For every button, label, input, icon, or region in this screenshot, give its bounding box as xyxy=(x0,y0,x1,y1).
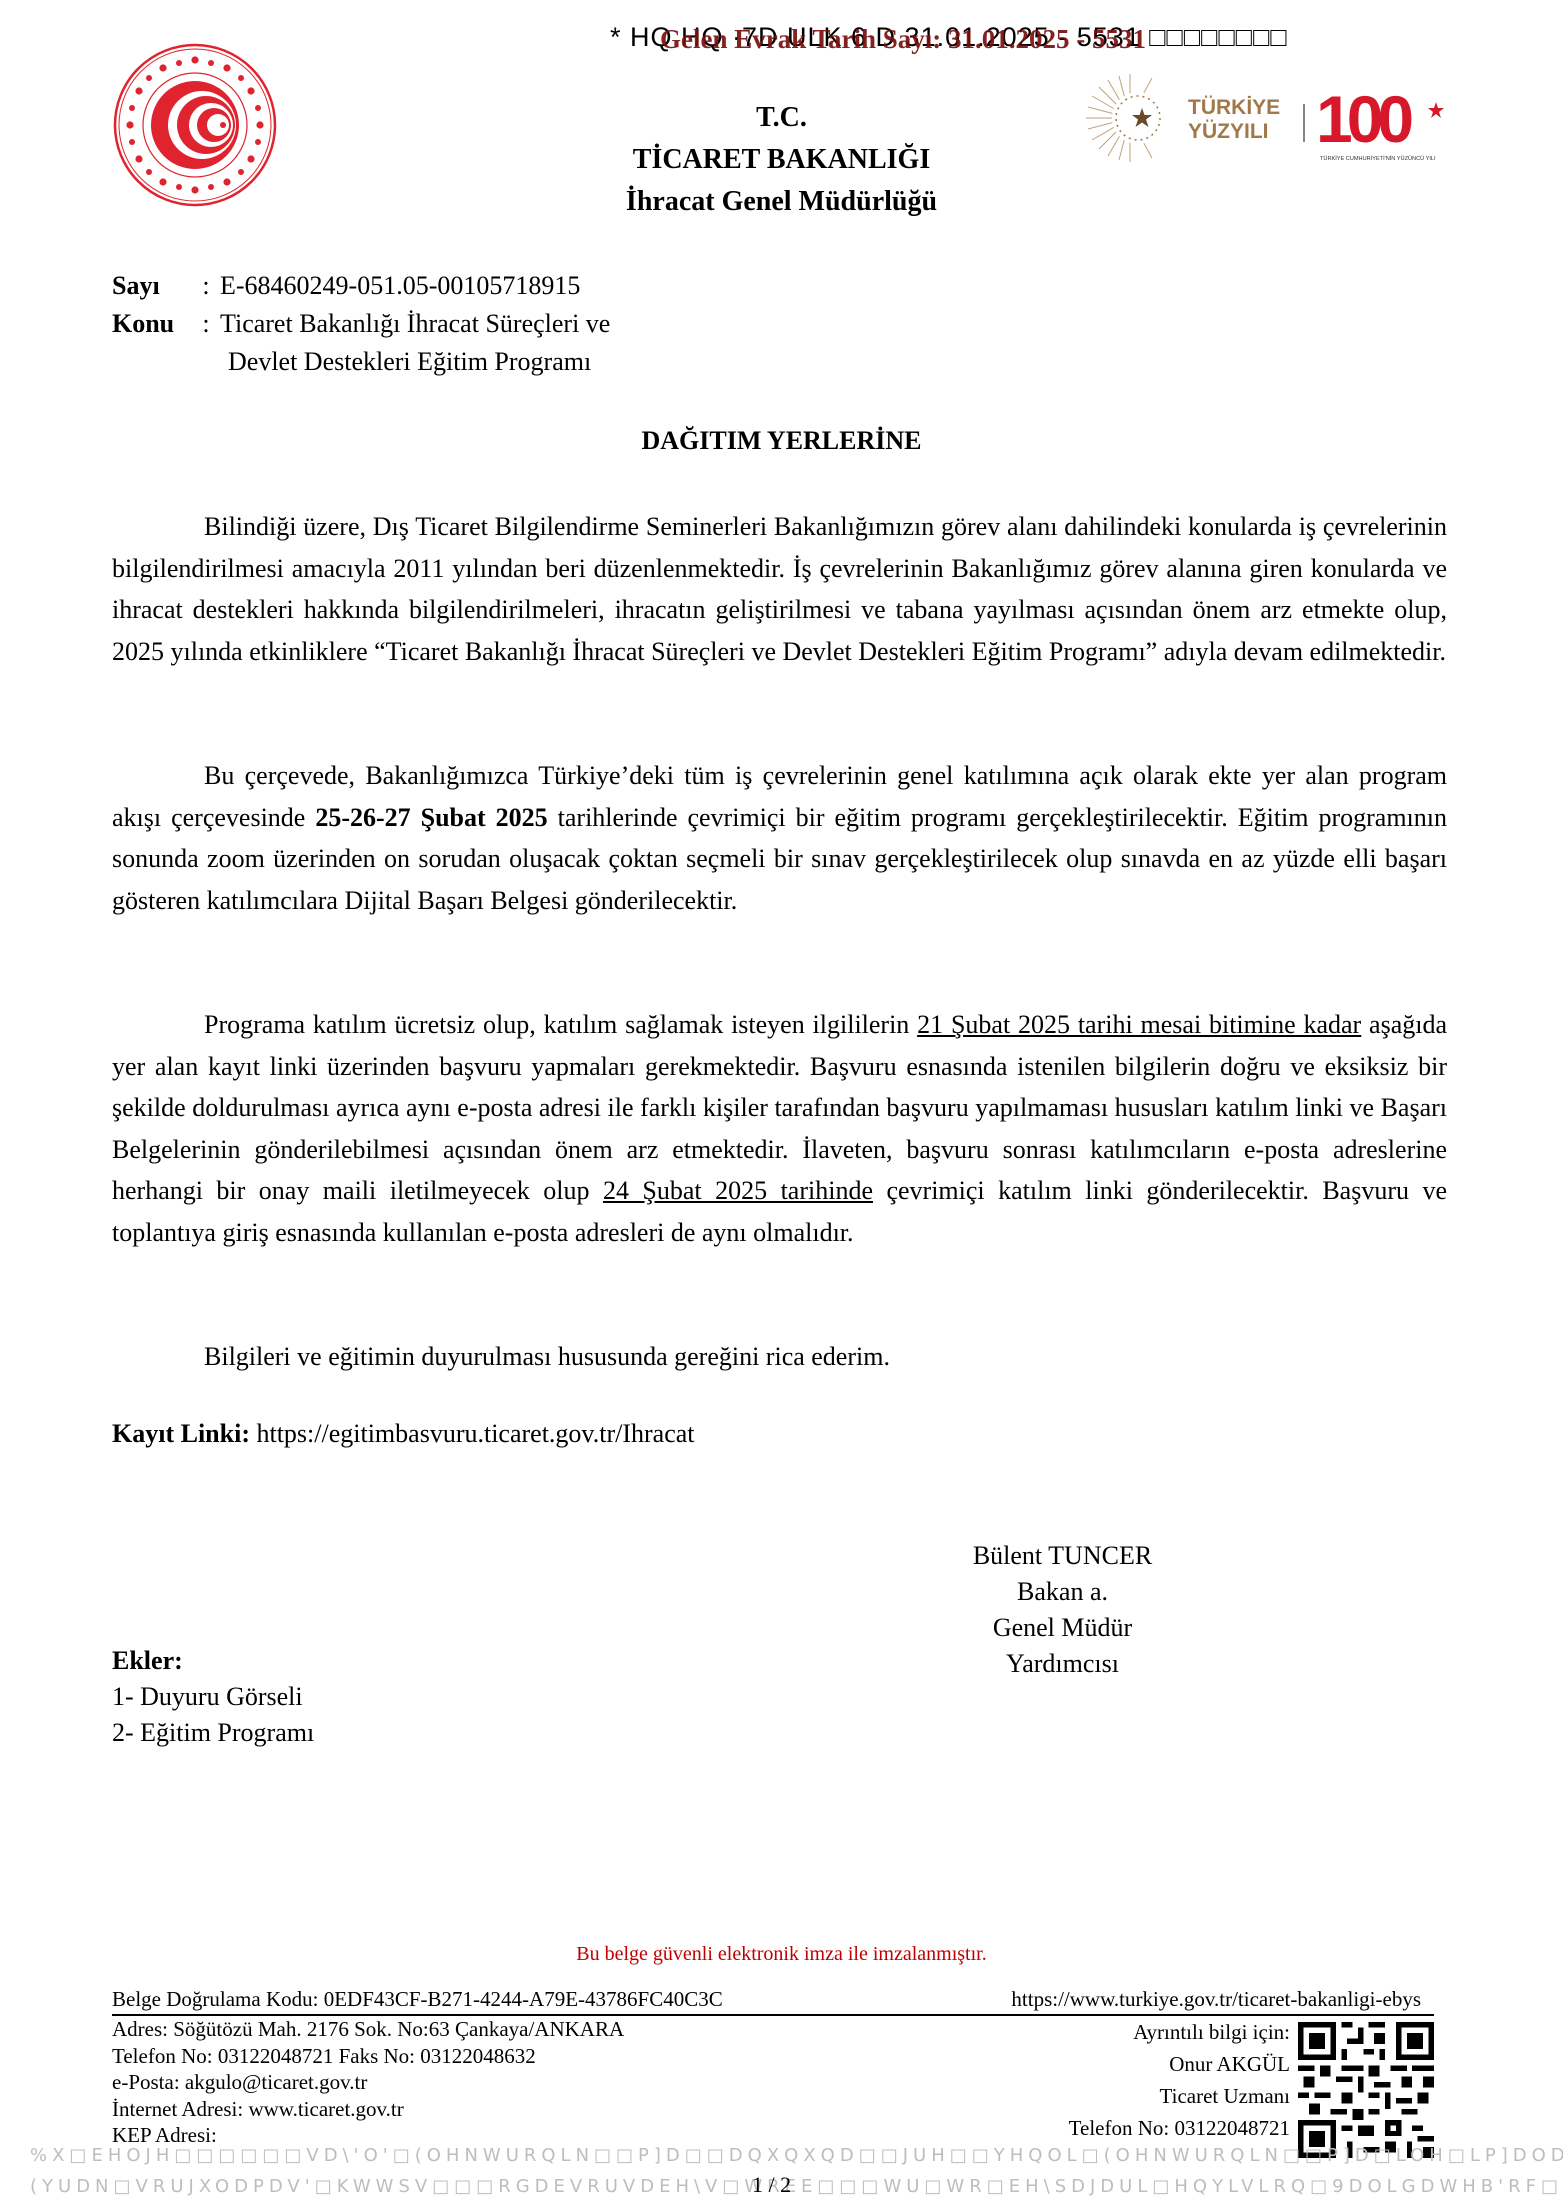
document-number-row: Sayı:E-68460249-051.05-00105718915 xyxy=(112,268,580,304)
page-number: 1 / 2 xyxy=(752,2172,791,2198)
registration-link-row: Kayıt Linki: https://egitimbasvuru.ticar… xyxy=(112,1419,695,1449)
contact-title: Ticaret Uzmanı xyxy=(1069,2080,1290,2112)
signer-on-behalf: Bakan a. xyxy=(935,1574,1190,1610)
paragraph-3: Programa katılım ücretsiz olup, katılım … xyxy=(112,1004,1447,1254)
paragraph-4-text: Bilgileri ve eğitimin duyurulması hususu… xyxy=(204,1342,890,1371)
qr-code[interactable] xyxy=(1298,2022,1434,2158)
garbled-footer-line-1: %X□EHOJH□□□□□□VD\'O'□(OHNWURQLN□□P]D□□DQ… xyxy=(30,2145,1563,2166)
paragraph-3-text-a: Programa katılım ücretsiz olup, katılım … xyxy=(204,1010,917,1039)
subject-label: Konu xyxy=(112,306,192,342)
paragraph-1: Bilindiği üzere, Dış Ticaret Bilgilendir… xyxy=(112,506,1447,672)
paragraph-4: Bilgileri ve eğitimin duyurulması hususu… xyxy=(112,1336,1447,1378)
attachment-item[interactable]: 2- Eğitim Programı xyxy=(112,1715,314,1751)
contact-address-block: Adres: Söğütözü Mah. 2176 Sok. No:63 Çan… xyxy=(112,2016,624,2149)
internet-address[interactable]: İnternet Adresi: www.ticaret.gov.tr xyxy=(112,2096,624,2123)
colon: : xyxy=(192,268,220,304)
esign-notice: Bu belge güvenli elektronik imza ile imz… xyxy=(0,1943,1563,1966)
link-send-date: 24 Şubat 2025 tarihinde xyxy=(603,1176,873,1205)
contact-phone: Telefon No: 03122048721 xyxy=(1069,2112,1290,2144)
signer-title: Genel Müdür Yardımcısı xyxy=(935,1610,1190,1682)
subject-row: Konu:Ticaret Bakanlığı İhracat Süreçleri… xyxy=(112,306,610,342)
header-directorate: İhracat Genel Müdürlüğü xyxy=(0,182,1563,222)
registration-link[interactable]: https://egitimbasvuru.ticaret.gov.tr/Ihr… xyxy=(256,1419,694,1448)
verification-url[interactable]: https://www.turkiye.gov.tr/ticaret-bakan… xyxy=(1011,1987,1421,2012)
phone-fax: Telefon No: 03122048721 Faks No: 0312204… xyxy=(112,2043,624,2070)
training-dates: 25-26-27 Şubat 2025 xyxy=(315,803,547,832)
application-deadline: 21 Şubat 2025 tarihi mesai bitimine kada… xyxy=(917,1010,1361,1039)
colon: : xyxy=(192,306,220,342)
attachments-title: Ekler: xyxy=(112,1643,314,1679)
info-label: Ayrıntılı bilgi için: xyxy=(1069,2016,1290,2048)
contact-person-block: Ayrıntılı bilgi için: Onur AKGÜL Ticaret… xyxy=(1069,2016,1290,2144)
subject-line-2: Devlet Destekleri Eğitim Programı xyxy=(228,344,591,380)
paragraph-2: Bu çerçevede, Bakanlığımızca Türkiye’dek… xyxy=(112,755,1447,921)
document-number-label: Sayı xyxy=(112,268,192,304)
paragraph-1-text: Bilindiği üzere, Dış Ticaret Bilgilendir… xyxy=(112,512,1447,666)
verification-code: Belge Doğrulama Kodu: 0EDF43CF-B271-4244… xyxy=(112,1987,723,2012)
subject-line-1: Ticaret Bakanlığı İhracat Süreçleri ve xyxy=(220,309,610,338)
incoming-document-stamp: Gelen Evrak Tarih Sayı: 31.01.2025 - 553… xyxy=(660,24,1146,55)
document-number: E-68460249-051.05-00105718915 xyxy=(220,271,580,300)
garbled-footer-line-2: (YUDN□VRUJXODPDV'□KWWSV□□□RGDEVRUVDEH\V□… xyxy=(30,2176,1563,2197)
attachment-item[interactable]: 1- Duyuru Görseli xyxy=(112,1679,314,1715)
header-ministry: TİCARET BAKANLIĞI xyxy=(0,140,1563,180)
signature-block: Bülent TUNCER Bakan a. Genel Müdür Yardı… xyxy=(935,1538,1190,1682)
distribution-heading: DAĞITIM YERLERİNE xyxy=(0,426,1563,456)
registration-link-label: Kayıt Linki: xyxy=(112,1419,250,1448)
signer-name: Bülent TUNCER xyxy=(935,1538,1190,1574)
address: Adres: Söğütözü Mah. 2176 Sok. No:63 Çan… xyxy=(112,2016,624,2043)
header-country: T.C. xyxy=(0,98,1563,138)
email[interactable]: e-Posta: akgulo@ticaret.gov.tr xyxy=(112,2069,624,2096)
attachments: Ekler: 1- Duyuru Görseli 2- Eğitim Progr… xyxy=(112,1643,314,1751)
contact-name: Onur AKGÜL xyxy=(1069,2048,1290,2080)
qr-code-icon xyxy=(1298,2022,1434,2158)
